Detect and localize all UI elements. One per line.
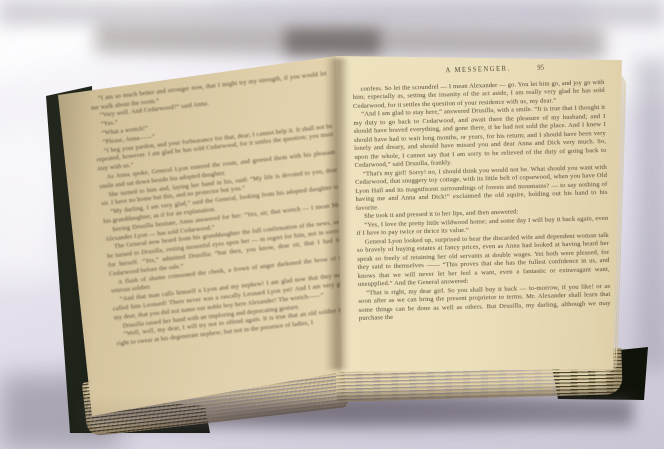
right-page-number: 95: [537, 65, 544, 74]
paragraph: “And I am glad to stay here,” answered D…: [353, 104, 607, 171]
left-page-text: 94 THE BRIDE'S FATE. “I am so much bette…: [88, 54, 360, 408]
spine-top-shadow: [285, 28, 380, 56]
left-page-number: 94: [92, 79, 100, 88]
photo-open-book: 94 THE BRIDE'S FATE. “I am so much bette…: [0, 0, 664, 449]
cloth-shadow-band: [0, 0, 664, 26]
paragraph: General Lyon looked up, surprised to hea…: [357, 231, 610, 289]
right-running-head-title: A MESSENGER.: [445, 66, 510, 76]
right-running-head: A MESSENGER. 95: [352, 63, 604, 79]
cloth-shadow: [636, 60, 664, 370]
right-page-text: A MESSENGER. 95 confess. So let the scou…: [352, 63, 612, 376]
cloth-fold-highlight: [0, 0, 222, 87]
paragraph: “That's my girl! Sorry! no, I should thi…: [355, 163, 608, 213]
book-top-shadow: [95, 23, 605, 58]
paragraph: “That is right, my dear girl. So you sha…: [358, 282, 611, 323]
left-running-head-title: THE BRIDE'S FATE.: [165, 63, 249, 81]
